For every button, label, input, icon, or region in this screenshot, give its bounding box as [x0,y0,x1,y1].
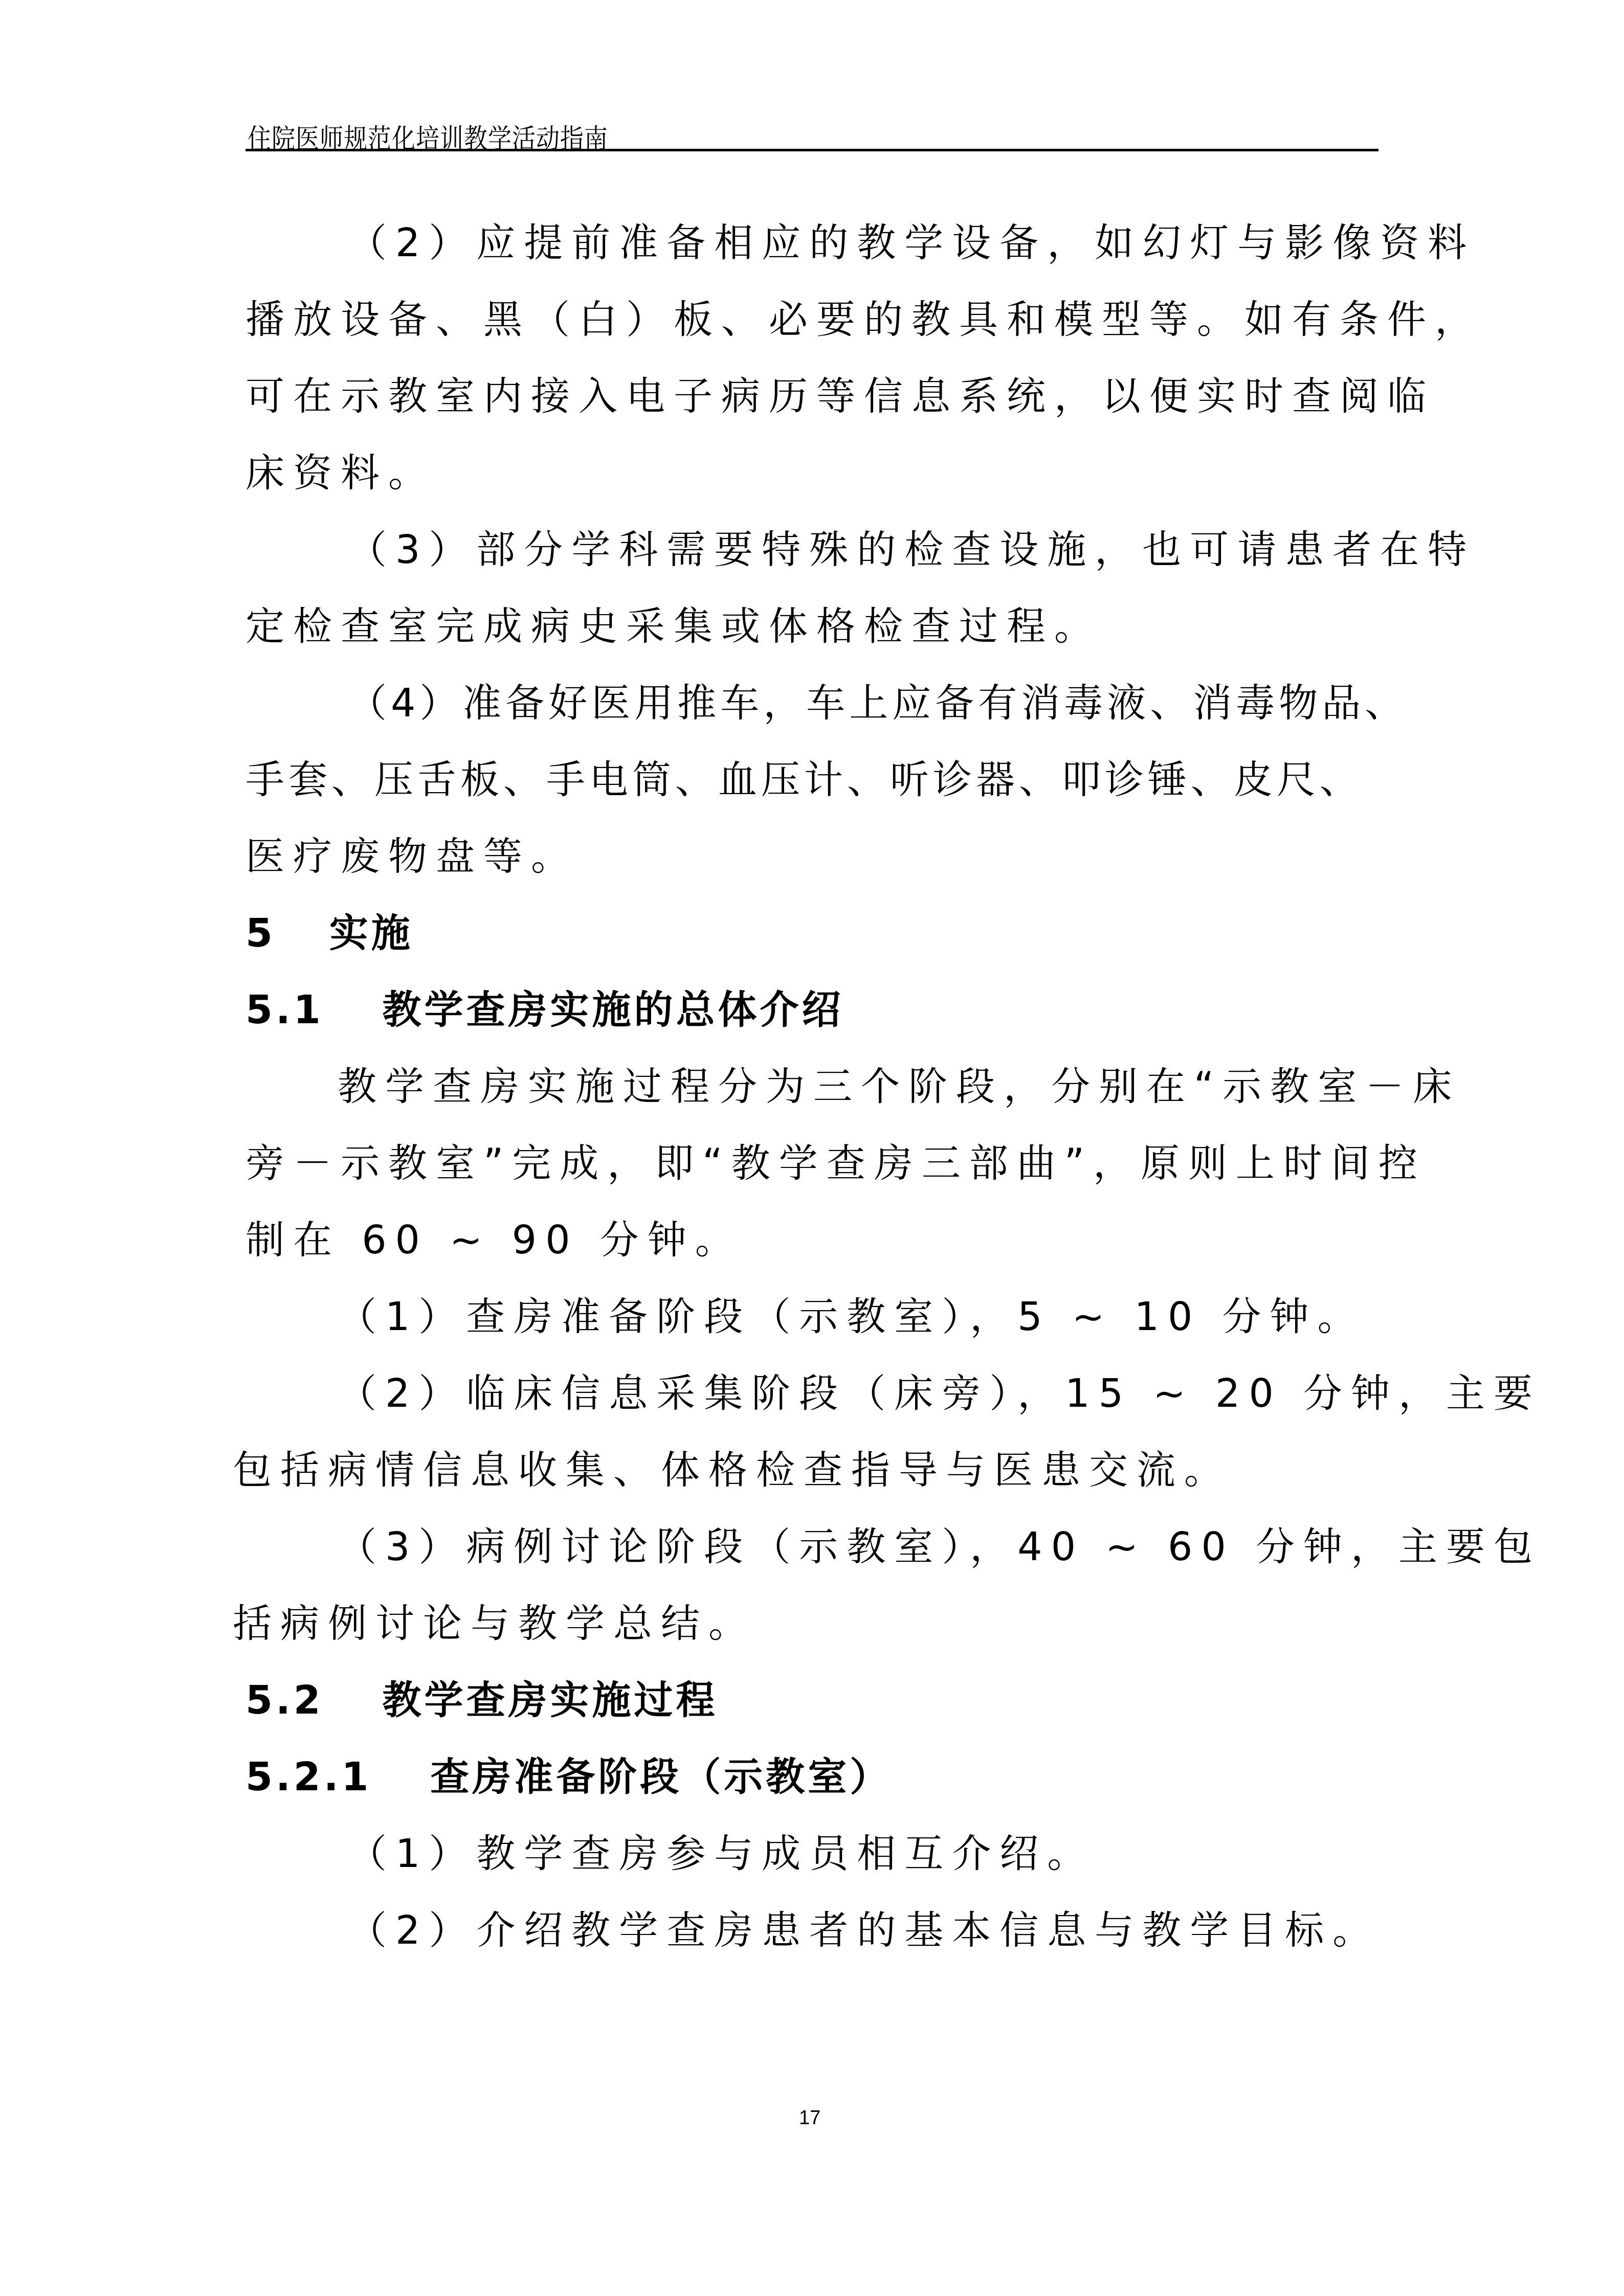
paragraph-item-2-line-1: （2）应提前准备相应的教学设备，如幻灯与影像资料 [348,217,1475,268]
running-header: 住院医师规范化培训教学活动指南 [246,116,1378,152]
section-5-2-title: 教学查房实施过程 [383,1677,718,1723]
phase-2-line-1: （2）临床信息采集阶段（床旁），15 ~ 20 分钟，主要 [338,1368,1541,1419]
section-5-2-number: 5.2 [246,1677,324,1723]
phase-3-line-1: （3）病例讨论阶段（示教室），40 ~ 60 分钟，主要包 [338,1521,1541,1572]
paragraph-item-2-line-4: 床资料。 [246,447,436,499]
prep-step-1: （1）教学查房参与成员相互介绍。 [348,1828,1095,1879]
overview-line-3: 制在 60 ~ 90 分钟。 [246,1214,743,1266]
paragraph-item-3-line-2: 定检查室完成病史采集或体格检查过程。 [246,601,1102,652]
section-5-1-title: 教学查房实施的总体介绍 [383,987,844,1032]
phase-3-line-2: 括病例讨论与教学总结。 [233,1598,756,1649]
section-5-heading: 5 实施 [246,908,413,959]
section-5-1-number: 5.1 [246,987,324,1032]
section-5-2-1-number: 5.2.1 [246,1754,371,1799]
section-5-2-heading: 5.2 教学查房实施过程 [246,1675,718,1726]
page-number: 17 [799,2108,820,2128]
section-5-1-heading: 5.1 教学查房实施的总体介绍 [246,984,844,1036]
section-5-2-1-title: 查房准备阶段（示教室） [430,1754,892,1799]
overview-line-1: 教学查房实施过程分为三个阶段，分别在“示教室－床 [338,1061,1460,1112]
paragraph-item-4-line-2: 手套、压舌板、手电筒、血压计、听诊器、叩诊锤、皮尺、 [246,754,1363,805]
section-5-2-1-heading: 5.2.1 查房准备阶段（示教室） [246,1751,892,1803]
prep-step-2: （2）介绍教学查房患者的基本信息与教学目标。 [348,1905,1380,1956]
paragraph-item-4-line-3: 医疗废物盘等。 [246,831,579,882]
phase-1-line-1: （1）查房准备阶段（示教室），5 ~ 10 分钟。 [338,1291,1365,1342]
phase-2-line-2: 包括病情信息收集、体格检查指导与医患交流。 [233,1445,1232,1496]
section-5-title: 实施 [329,910,413,956]
paragraph-item-2-line-3: 可在示教室内接入电子病历等信息系统，以便实时查阅临 [246,371,1435,422]
paragraph-item-2-line-2: 播放设备、黑（白）板、必要的教具和模型等。如有条件， [246,294,1482,345]
header-rule [246,149,1378,151]
section-5-number: 5 [246,910,276,956]
paragraph-item-3-line-1: （3）部分学科需要特殊的检查设施，也可请患者在特 [348,524,1475,575]
overview-line-2: 旁－示教室”完成，即“教学查房三部曲”，原则上时间控 [246,1138,1426,1189]
paragraph-item-4-line-1: （4）准备好医用推车，车上应备有消毒液、消毒物品、 [348,678,1408,729]
